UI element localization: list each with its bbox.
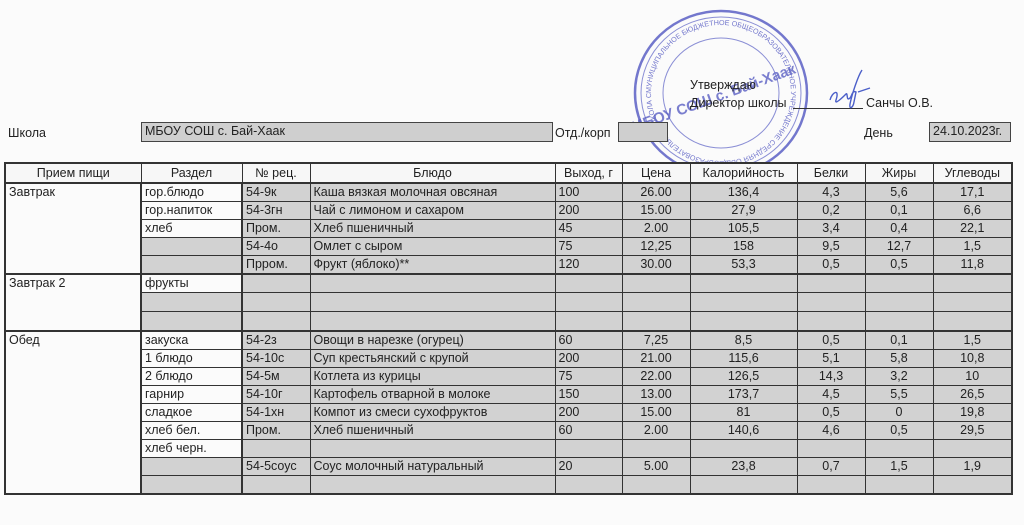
recipe-cell: Пром. — [242, 421, 310, 439]
carbs-cell — [933, 274, 1012, 293]
director-name: Санчы О.В. — [866, 96, 933, 110]
recipe-cell: 54-10г — [242, 385, 310, 403]
protein-cell: 5,1 — [797, 349, 865, 367]
price-cell: 21.00 — [622, 349, 690, 367]
yield-cell: 120 — [555, 256, 622, 275]
fat-cell: 5,8 — [865, 349, 933, 367]
protein-cell — [797, 312, 865, 331]
signature-mark — [822, 66, 872, 112]
dish-cell: Чай с лимоном и сахаром — [310, 202, 555, 220]
dish-cell: Каша вязкая молочная овсяная — [310, 183, 555, 202]
fat-cell — [865, 312, 933, 331]
dish-cell — [310, 439, 555, 457]
protein-cell: 0,5 — [797, 256, 865, 275]
table-row — [5, 475, 1012, 494]
director-label: Директор школы — [690, 96, 787, 110]
kcal-cell: 105,5 — [690, 220, 797, 238]
yield-cell — [555, 312, 622, 331]
section-cell: фрукты — [141, 274, 242, 293]
dept-label: Отд./корп — [555, 126, 611, 140]
recipe-cell — [242, 274, 310, 293]
price-cell: 30.00 — [622, 256, 690, 275]
yield-cell: 20 — [555, 457, 622, 475]
kcal-cell: 158 — [690, 238, 797, 256]
dish-cell — [310, 274, 555, 293]
recipe-cell: Прром. — [242, 256, 310, 275]
price-cell: 15.00 — [622, 202, 690, 220]
fat-cell: 5,6 — [865, 183, 933, 202]
kcal-cell: 27,9 — [690, 202, 797, 220]
carbs-cell — [933, 439, 1012, 457]
section-cell: закуска — [141, 331, 242, 350]
dish-cell: Овощи в нарезке (огурец) — [310, 331, 555, 350]
protein-cell: 4,6 — [797, 421, 865, 439]
fat-cell: 5,5 — [865, 385, 933, 403]
school-stamp: МУНИЦИПАЛЬНОЕ БЮДЖЕТНОЕ ОБЩЕОБРАЗОВАТЕЛЬ… — [632, 8, 810, 178]
recipe-cell: Пром. — [242, 220, 310, 238]
dish-cell: Хлеб пшеничный — [310, 220, 555, 238]
carbs-cell: 6,6 — [933, 202, 1012, 220]
kcal-cell: 173,7 — [690, 385, 797, 403]
protein-cell: 0,7 — [797, 457, 865, 475]
kcal-cell: 140,6 — [690, 421, 797, 439]
protein-cell: 3,4 — [797, 220, 865, 238]
protein-cell — [797, 274, 865, 293]
table-row: Завтрак 2фрукты — [5, 274, 1012, 293]
section-cell: хлеб черн. — [141, 439, 242, 457]
kcal-cell: 23,8 — [690, 457, 797, 475]
fat-cell: 0 — [865, 403, 933, 421]
fat-cell: 0,5 — [865, 421, 933, 439]
fat-cell: 0,1 — [865, 331, 933, 350]
yield-cell: 150 — [555, 385, 622, 403]
protein-cell: 0,5 — [797, 403, 865, 421]
kcal-cell: 115,6 — [690, 349, 797, 367]
carbs-cell: 1,5 — [933, 331, 1012, 350]
col-fat: Жиры — [865, 163, 933, 183]
carbs-cell: 26,5 — [933, 385, 1012, 403]
fat-cell: 0,1 — [865, 202, 933, 220]
carbs-cell: 10 — [933, 367, 1012, 385]
section-cell: гарнир — [141, 385, 242, 403]
price-cell: 2.00 — [622, 220, 690, 238]
section-cell: хлеб — [141, 220, 242, 238]
dish-cell — [310, 293, 555, 312]
fat-cell: 0,4 — [865, 220, 933, 238]
meal-cell: Завтрак 2 — [5, 274, 141, 331]
yield-cell: 200 — [555, 403, 622, 421]
col-section: Раздел — [141, 163, 242, 183]
price-cell: 13.00 — [622, 385, 690, 403]
price-cell: 26.00 — [622, 183, 690, 202]
price-cell: 15.00 — [622, 403, 690, 421]
carbs-cell: 19,8 — [933, 403, 1012, 421]
fat-cell: 3,2 — [865, 367, 933, 385]
fat-cell — [865, 274, 933, 293]
carbs-cell: 10,8 — [933, 349, 1012, 367]
section-cell — [141, 293, 242, 312]
recipe-cell: 54-3гн — [242, 202, 310, 220]
dept-field[interactable] — [618, 122, 668, 142]
table-row: гор.напиток54-3гнЧай с лимоном и сахаром… — [5, 202, 1012, 220]
protein-cell — [797, 293, 865, 312]
table-row: 2 блюдо54-5мКотлета из курицы7522.00126,… — [5, 367, 1012, 385]
fat-cell — [865, 293, 933, 312]
carbs-cell: 29,5 — [933, 421, 1012, 439]
col-recipe: № рец. — [242, 163, 310, 183]
table-row: хлеб черн. — [5, 439, 1012, 457]
dish-cell: Суп крестьянский с крупой — [310, 349, 555, 367]
col-yield: Выход, г — [555, 163, 622, 183]
recipe-cell: 54-9к — [242, 183, 310, 202]
yield-cell — [555, 293, 622, 312]
dish-cell: Котлета из курицы — [310, 367, 555, 385]
fat-cell — [865, 475, 933, 494]
yield-cell — [555, 274, 622, 293]
table-row: хлеб бел.Пром.Хлеб пшеничный602.00140,64… — [5, 421, 1012, 439]
carbs-cell: 17,1 — [933, 183, 1012, 202]
kcal-cell — [690, 274, 797, 293]
recipe-cell: 54-4о — [242, 238, 310, 256]
section-cell: 1 блюдо — [141, 349, 242, 367]
dish-cell: Компот из смеси сухофруктов — [310, 403, 555, 421]
section-cell — [141, 312, 242, 331]
school-field[interactable]: МБОУ СОШ с. Бай-Хаак — [141, 122, 553, 142]
protein-cell: 4,3 — [797, 183, 865, 202]
kcal-cell: 136,4 — [690, 183, 797, 202]
yield-cell: 45 — [555, 220, 622, 238]
dish-cell — [310, 312, 555, 331]
section-cell: хлеб бел. — [141, 421, 242, 439]
kcal-cell — [690, 312, 797, 331]
kcal-cell: 81 — [690, 403, 797, 421]
kcal-cell: 8,5 — [690, 331, 797, 350]
table-row — [5, 312, 1012, 331]
protein-cell — [797, 475, 865, 494]
col-price: Цена — [622, 163, 690, 183]
protein-cell: 9,5 — [797, 238, 865, 256]
yield-cell: 100 — [555, 183, 622, 202]
protein-cell: 4,5 — [797, 385, 865, 403]
yield-cell: 75 — [555, 367, 622, 385]
price-cell: 12,25 — [622, 238, 690, 256]
section-cell — [141, 238, 242, 256]
fat-cell: 0,5 — [865, 256, 933, 275]
section-cell: 2 блюдо — [141, 367, 242, 385]
recipe-cell — [242, 293, 310, 312]
yield-cell — [555, 439, 622, 457]
table-row: Завтракгор.блюдо54-9кКаша вязкая молочна… — [5, 183, 1012, 202]
yield-cell — [555, 475, 622, 494]
recipe-cell: 54-5соус — [242, 457, 310, 475]
fat-cell: 1,5 — [865, 457, 933, 475]
yield-cell: 60 — [555, 331, 622, 350]
price-cell — [622, 274, 690, 293]
recipe-cell — [242, 312, 310, 331]
menu-table: Прием пищи Раздел № рец. Блюдо Выход, г … — [4, 162, 1013, 495]
recipe-cell: 54-1хн — [242, 403, 310, 421]
table-row: 54-5соусСоус молочный натуральный205.002… — [5, 457, 1012, 475]
carbs-cell — [933, 312, 1012, 331]
carbs-cell — [933, 293, 1012, 312]
col-meal: Прием пищи — [5, 163, 141, 183]
dish-cell: Фрукт (яблоко)** — [310, 256, 555, 275]
dish-cell — [310, 475, 555, 494]
meal-cell: Завтрак — [5, 183, 141, 274]
price-cell — [622, 439, 690, 457]
section-cell: гор.напиток — [141, 202, 242, 220]
fat-cell — [865, 439, 933, 457]
protein-cell — [797, 439, 865, 457]
protein-cell: 14,3 — [797, 367, 865, 385]
table-row: сладкое54-1хнКомпот из смеси сухофруктов… — [5, 403, 1012, 421]
table-row: 1 блюдо54-10сСуп крестьянский с крупой20… — [5, 349, 1012, 367]
price-cell — [622, 312, 690, 331]
recipe-cell: 54-2з — [242, 331, 310, 350]
day-field[interactable]: 24.10.2023г. — [929, 122, 1011, 142]
table-row: гарнир54-10гКартофель отварной в молоке1… — [5, 385, 1012, 403]
table-row: хлебПром.Хлеб пшеничный452.00105,53,40,4… — [5, 220, 1012, 238]
recipe-cell — [242, 475, 310, 494]
carbs-cell: 1,5 — [933, 238, 1012, 256]
yield-cell: 60 — [555, 421, 622, 439]
price-cell — [622, 293, 690, 312]
recipe-cell — [242, 439, 310, 457]
price-cell: 2.00 — [622, 421, 690, 439]
col-dish: Блюдо — [310, 163, 555, 183]
dish-cell: Соус молочный натуральный — [310, 457, 555, 475]
approve-label: Утверждаю — [690, 78, 756, 92]
fat-cell: 12,7 — [865, 238, 933, 256]
meal-cell: Обед — [5, 331, 141, 495]
section-cell — [141, 457, 242, 475]
dish-cell: Хлеб пшеничный — [310, 421, 555, 439]
protein-cell: 0,2 — [797, 202, 865, 220]
school-label: Школа — [8, 126, 46, 140]
price-cell: 7,25 — [622, 331, 690, 350]
price-cell: 5.00 — [622, 457, 690, 475]
col-protein: Белки — [797, 163, 865, 183]
carbs-cell: 1,9 — [933, 457, 1012, 475]
section-cell: гор.блюдо — [141, 183, 242, 202]
col-carbs: Углеводы — [933, 163, 1012, 183]
yield-cell: 75 — [555, 238, 622, 256]
table-header-row: Прием пищи Раздел № рец. Блюдо Выход, г … — [5, 163, 1012, 183]
section-cell — [141, 256, 242, 275]
table-row: Обедзакуска54-2зОвощи в нарезке (огурец)… — [5, 331, 1012, 350]
carbs-cell — [933, 475, 1012, 494]
section-cell — [141, 475, 242, 494]
dish-cell: Картофель отварной в молоке — [310, 385, 555, 403]
yield-cell: 200 — [555, 349, 622, 367]
kcal-cell — [690, 475, 797, 494]
day-label: День — [864, 126, 893, 140]
kcal-cell: 126,5 — [690, 367, 797, 385]
carbs-cell: 11,8 — [933, 256, 1012, 275]
table-row: 54-4оОмлет с сыром7512,251589,512,71,5 — [5, 238, 1012, 256]
table-row — [5, 293, 1012, 312]
yield-cell: 200 — [555, 202, 622, 220]
protein-cell: 0,5 — [797, 331, 865, 350]
kcal-cell — [690, 439, 797, 457]
recipe-cell: 54-5м — [242, 367, 310, 385]
dish-cell: Омлет с сыром — [310, 238, 555, 256]
price-cell: 22.00 — [622, 367, 690, 385]
section-cell: сладкое — [141, 403, 242, 421]
kcal-cell — [690, 293, 797, 312]
col-kcal: Калорийность — [690, 163, 797, 183]
carbs-cell: 22,1 — [933, 220, 1012, 238]
recipe-cell: 54-10с — [242, 349, 310, 367]
table-row: Прром.Фрукт (яблоко)**12030.0053,30,50,5… — [5, 256, 1012, 275]
kcal-cell: 53,3 — [690, 256, 797, 275]
price-cell — [622, 475, 690, 494]
